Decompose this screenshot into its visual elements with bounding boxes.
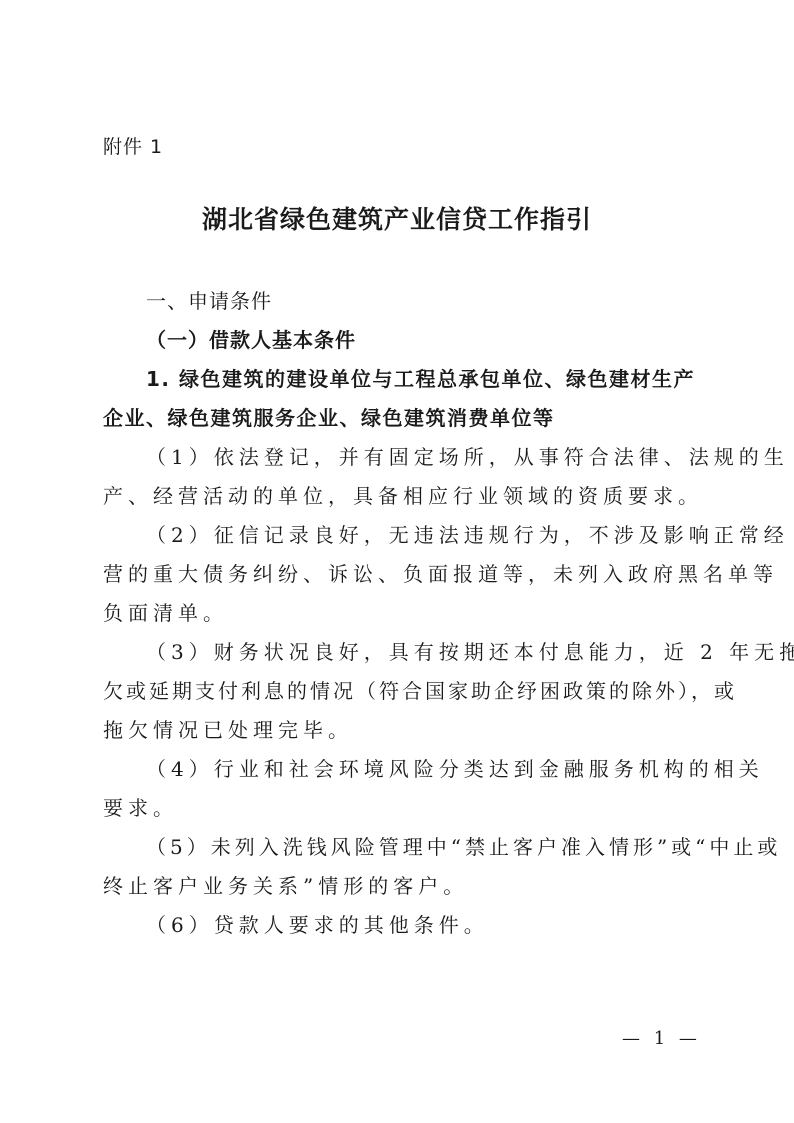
page-number: — 1 — [622, 1028, 701, 1049]
condition-paragraph-6: （6）贷款人要求的其他条件。 [103, 906, 693, 945]
paragraph-line: 营的重大债务纠纷、诉讼、负面报道等，未列入政府黑名单等 [103, 555, 693, 594]
paragraph-line: 产、经营活动的单位，具备相应行业领域的资质要求。 [103, 477, 693, 516]
condition-paragraph-4: （4）行业和社会环境风险分类达到金融服务机构的相关 要求。 [103, 750, 693, 828]
paragraph-line: （5）未列入洗钱风险管理中“禁止客户准入情形”或“中止或 [103, 828, 693, 867]
item-heading-line-2: 企业、绿色建筑服务企业、绿色建筑消费单位等 [103, 399, 693, 438]
subsection-heading-borrower-conditions: （一）借款人基本条件 [103, 321, 693, 360]
attachment-label: 附件 1 [103, 132, 163, 159]
paragraph-line: （6）贷款人要求的其他条件。 [103, 906, 693, 945]
paragraph-line: （4）行业和社会环境风险分类达到金融服务机构的相关 [103, 750, 693, 789]
paragraph-line: 要求。 [103, 789, 693, 828]
document-title: 湖北省绿色建筑产业信贷工作指引 [0, 200, 794, 236]
paragraph-line: 负面清单。 [103, 594, 693, 633]
condition-paragraph-3: （3）财务状况良好，具有按期还本付息能力，近 2 年无拖 欠或延期支付利息的情况… [103, 633, 693, 750]
condition-paragraph-1: （1）依法登记，并有固定场所，从事符合法律、法规的生 产、经营活动的单位，具备相… [103, 438, 693, 516]
document-page: 附件 1 湖北省绿色建筑产业信贷工作指引 一、申请条件 （一）借款人基本条件 1… [0, 0, 794, 1123]
paragraph-line: （3）财务状况良好，具有按期还本付息能力，近 2 年无拖 [103, 633, 693, 672]
document-body: 一、申请条件 （一）借款人基本条件 1. 绿色建筑的建设单位与工程总承包单位、绿… [103, 282, 693, 945]
condition-paragraph-5: （5）未列入洗钱风险管理中“禁止客户准入情形”或“中止或 终止客户业务关系”情形… [103, 828, 693, 906]
paragraph-line: 拖欠情况已处理完毕。 [103, 711, 693, 750]
condition-paragraph-2: （2）征信记录良好，无违法违规行为，不涉及影响正常经 营的重大债务纠纷、诉讼、负… [103, 516, 693, 633]
paragraph-line: 欠或延期支付利息的情况（符合国家助企纾困政策的除外），或 [103, 672, 693, 711]
paragraph-line: （2）征信记录良好，无违法违规行为，不涉及影响正常经 [103, 516, 693, 555]
paragraph-line: 终止客户业务关系”情形的客户。 [103, 867, 693, 906]
item-heading-line-1: 1. 绿色建筑的建设单位与工程总承包单位、绿色建材生产 [103, 360, 693, 399]
section-heading-application-conditions: 一、申请条件 [103, 282, 693, 321]
paragraph-line: （1）依法登记，并有固定场所，从事符合法律、法规的生 [103, 438, 693, 477]
